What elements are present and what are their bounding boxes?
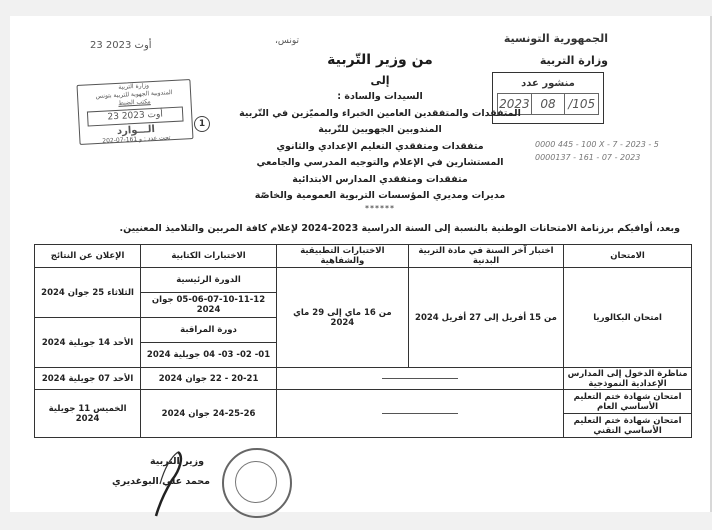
bac-pe-dates: من 15 أفريل إلى 27 أفريل 2024: [408, 268, 563, 368]
bac-main-results: الثلاثاء 25 جوان 2024: [35, 268, 141, 318]
table-row-bac-1: امتحان البكالوريا من 15 أفريل إلى 27 أفر…: [35, 268, 692, 293]
pioneer-exam: مناظرة الدخول إلى المدارس الإعدادية النم…: [564, 368, 692, 390]
basic-empty: [276, 390, 563, 438]
exam-schedule-table: الامتحان اختبار آخر السنة في مادة التربي…: [34, 244, 692, 438]
circular-seq: /105: [565, 94, 598, 114]
col-header-results: الإعلان عن النتائج: [35, 245, 141, 268]
recipient-2: المندوبين الجهويين للتّربية: [230, 122, 530, 139]
city-label: تونس،: [275, 36, 299, 46]
pioneer-results: الأحد 07 جويلية 2024: [35, 368, 141, 390]
recipient-6: مديرات ومديري المؤسسات التربوية العمومية…: [230, 188, 530, 205]
recipient-3: متفقدات ومتفقدي التعليم الإعدادي والثانو…: [230, 139, 530, 156]
letter-to: إلى: [230, 74, 530, 87]
seal-emblem-icon: [235, 461, 277, 503]
basic-technical-exam: امتحان شهادة ختم التعليم الأساسي التقني: [564, 414, 692, 438]
col-header-pe: اختبار آخر السنة في مادة التربية البدنية: [408, 245, 563, 268]
salutation: السيدات والسادة :: [230, 89, 530, 106]
handwritten-ref-1: 0000 445 - 100 X - 7 - 2023 - 5: [535, 140, 659, 149]
basic-results: الخميس 11 جويلية 2024: [35, 390, 141, 438]
circular-month: 08: [532, 94, 566, 114]
table-header-row: الامتحان اختبار آخر السنة في مادة التربي…: [35, 245, 692, 268]
bac-main-session-dates: 05-06-07-10-11-12 جوان 2024: [141, 293, 277, 318]
republic-name: الجمهورية التونسية: [504, 32, 608, 45]
recipient-5: متفقدات ومتفقدي المدارس الابتدائية: [230, 172, 530, 189]
col-header-written: الاختبارات الكتابية: [141, 245, 277, 268]
bac-control-session-label: دورة المراقبة: [141, 318, 277, 343]
bac-practical-dates: من 16 ماي إلى 29 ماي 2024: [276, 268, 408, 368]
pioneer-empty: [276, 368, 563, 390]
empty-dash: [382, 413, 458, 414]
table-row-basic-general: امتحان شهادة ختم التعليم الأساسي العام 2…: [35, 390, 692, 414]
ministry-name: وزارة التربية: [540, 54, 608, 67]
pioneer-written: 20-21 - 22 جوان 2024: [141, 368, 277, 390]
document-page: الجمهورية التونسية وزارة التربية منشور ع…: [10, 16, 712, 512]
bac-control-results: الأحد 14 جويلية 2024: [35, 318, 141, 368]
col-header-practical: الاختبارات التطبيقية والشفاهية: [276, 245, 408, 268]
col-header-exam: الامتحان: [564, 245, 692, 268]
basic-written: 24-25-26 جوان 2024: [141, 390, 277, 438]
basic-general-exam: امتحان شهادة ختم التعليم الأساسي العام: [564, 390, 692, 414]
empty-dash: [382, 378, 458, 379]
bac-exam: امتحان البكالوريا: [564, 268, 692, 368]
official-seal-icon: [222, 448, 292, 518]
separator: ******: [230, 205, 530, 213]
recipient-1: المتفقدات والمتفقدين العامين الخبراء وال…: [230, 106, 530, 123]
bac-control-session-dates: 01- 02- 03- 04 جويلية 2024: [141, 343, 277, 368]
intro-paragraph: وبعد، أوافيكم برزنامة الامتحانات الوطنية…: [119, 223, 680, 234]
recipient-4: المستشارين في الإعلام والتوجيه المدرسي و…: [230, 155, 530, 172]
letter-from: من وزير التّربية: [230, 52, 530, 68]
bac-main-session-label: الدورة الرئيسية: [141, 268, 277, 293]
signature-stroke-icon: [150, 450, 186, 520]
table-row-pioneer: مناظرة الدخول إلى المدارس الإعدادية النم…: [35, 368, 692, 390]
incoming-stamp: وزارة التربية المندوبية الجهوية للتربية …: [77, 79, 194, 145]
address-block: من وزير التّربية إلى السيدات والسادة : ا…: [230, 52, 530, 213]
handwritten-date: 23 أوت 2023: [90, 40, 152, 51]
handwritten-ref-2: 0000137 - 161 - 07 - 2023: [535, 153, 640, 162]
stamp-number-circle: 1: [194, 116, 210, 132]
